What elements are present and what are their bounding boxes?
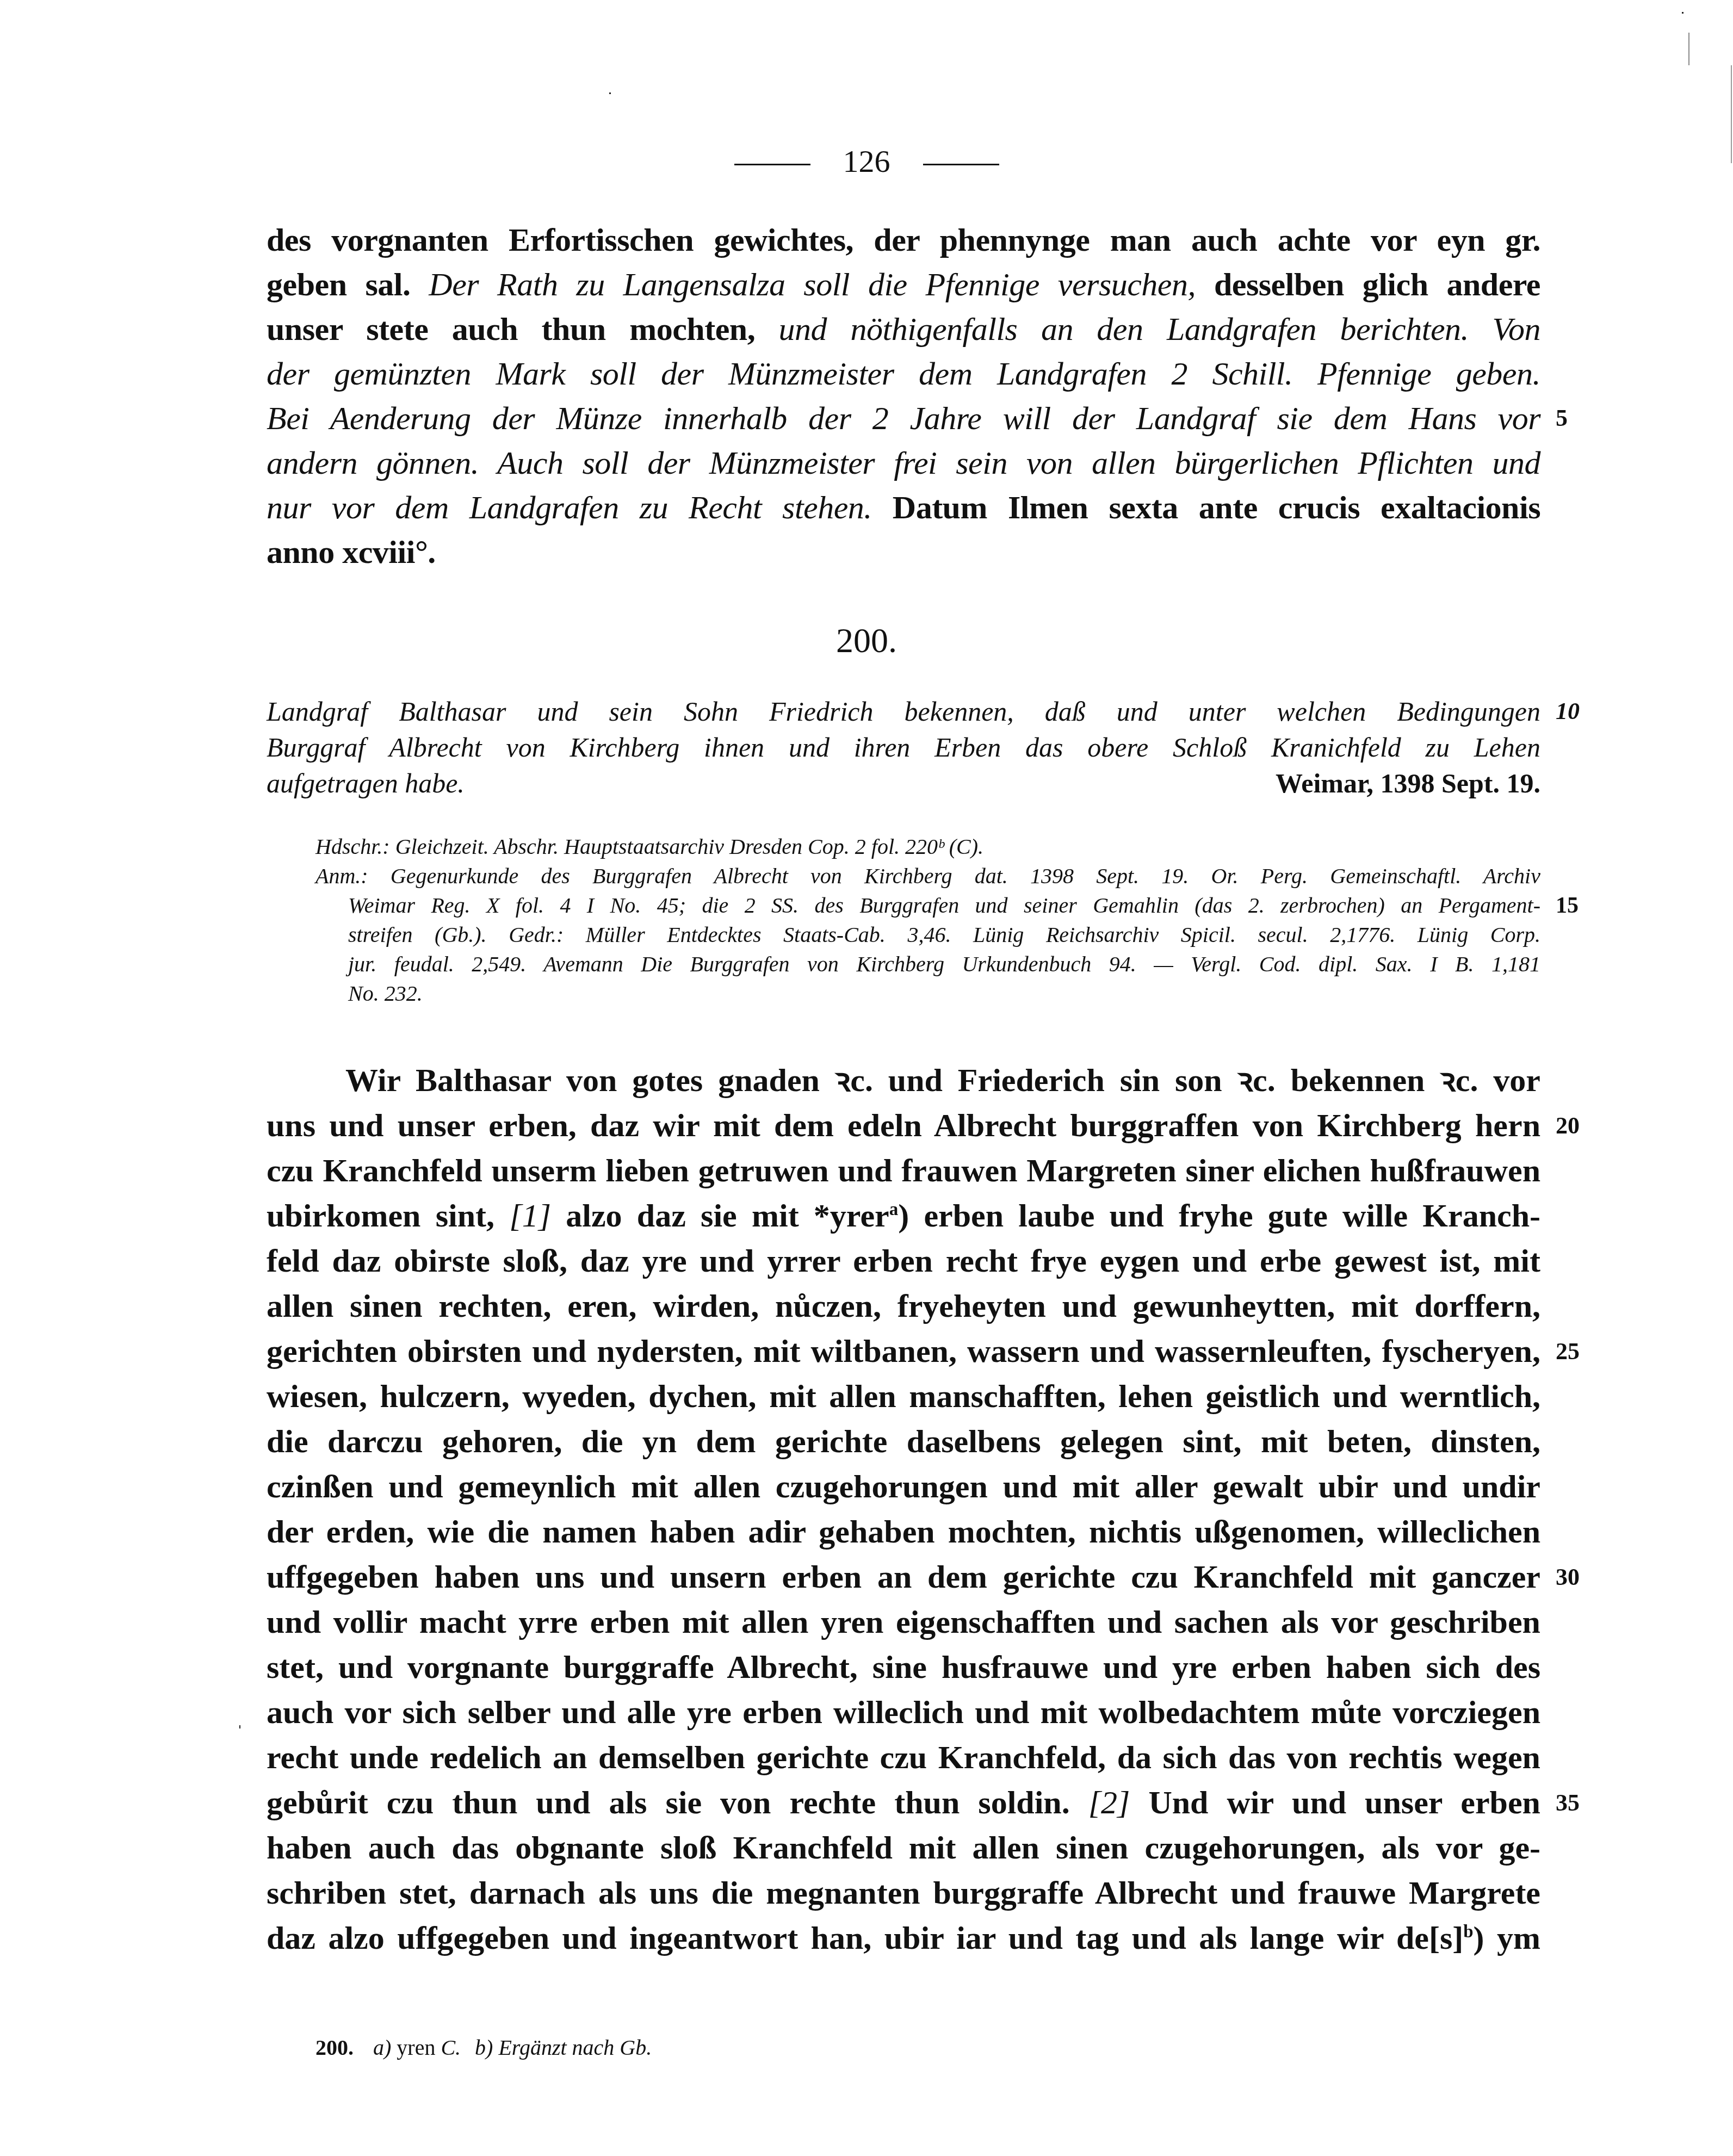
text-segment: des vorgnanten Erfortisschen gewichtes, … <box>267 222 1540 258</box>
footnotes: 200. a) yren C.b) Ergänzt nach Gb. <box>315 2034 652 2061</box>
line-text: und vollir macht yrre erben mit allen yr… <box>267 1604 1540 1640</box>
text-segment: gebůrit czu thun und als sie von rechte … <box>267 1785 1088 1820</box>
text-segment: Der Rath zu Langensalza soll die Pfennig… <box>429 267 1196 302</box>
line-text: feld daz obirste sloß, daz yre und yrrer… <box>267 1243 1540 1279</box>
line-text: aufgetragen habe. <box>267 768 465 798</box>
body-line: und vollir macht yrre erben mit allen yr… <box>267 1600 1540 1645</box>
body-line: ubirkomen sint, [1] alzo daz sie mit *yr… <box>267 1193 1540 1238</box>
text-segment: desselben glich andere <box>1196 267 1540 302</box>
document-number-heading: 200. <box>0 619 1733 662</box>
summary-line: Landgraf Balthasar und sein Sohn Friedri… <box>267 693 1540 729</box>
margin-line-number: 15 <box>1556 891 1579 920</box>
summary-line: aufgetragen habe.Weimar, 1398 Sept. 19. <box>267 765 1540 801</box>
body-line: gebůrit czu thun und als sie von rechte … <box>267 1780 1540 1825</box>
note-line: jur. feudal. 2,549. Avemann Die Burggraf… <box>315 950 1540 979</box>
body-line: Wir Balthasar von gotes gnaden ꝛc. und F… <box>267 1058 1540 1103</box>
text-segment: ) erben laube und fryhe gute wille Kranc… <box>898 1198 1540 1234</box>
margin-line-number: 5 <box>1556 396 1568 441</box>
note-line: No. 232. <box>315 979 1540 1008</box>
text-segment: [1] <box>509 1198 551 1234</box>
scan-speck <box>239 1725 240 1728</box>
text-segment: [2] <box>1088 1785 1130 1820</box>
document-summary: Landgraf Balthasar und sein Sohn Friedri… <box>267 693 1540 801</box>
text-segment: der gemünzten Mark soll der Münzmeister … <box>267 356 1540 392</box>
line-text: die darczu gehoren, die yn dem gerichte … <box>267 1423 1540 1459</box>
footnote-marker: b <box>1463 1922 1473 1942</box>
text-segment: unser stete auch thun mochten, <box>267 311 779 347</box>
text-segment: Datum Ilmen sexta ante crucis exaltacion… <box>872 490 1540 525</box>
line-text: stet, und vorgnante burggraffe Albrecht,… <box>267 1649 1540 1685</box>
margin-line-number: 30 <box>1556 1554 1580 1600</box>
line-text: wiesen, hulczern, wyeden, dychen, mit al… <box>267 1378 1540 1414</box>
continuation-line: Bei Aenderung der Münze innerhalb der 2 … <box>267 396 1540 441</box>
document-date: Weimar, 1398 Sept. 19. <box>1276 765 1540 801</box>
line-text: schriben stet, darnach als uns die megna… <box>267 1875 1540 1911</box>
footnote-item: b) Ergänzt nach Gb. <box>475 2035 652 2060</box>
footnote-label: a) <box>373 2035 391 2060</box>
note-line: streifen (Gb.). Gedr.: Müller Entdecktes… <box>315 920 1540 950</box>
line-text: No. 232. <box>348 981 423 1006</box>
text-segment: Bei Aenderung der Münze innerhalb der 2 … <box>267 400 1540 436</box>
continuation-line: geben sal. Der Rath zu Langensalza soll … <box>267 262 1540 307</box>
scan-edge <box>1731 65 1732 163</box>
line-text: auch vor sich selber und alle yre erben … <box>267 1694 1540 1730</box>
body-line: recht unde redelich an demselben gericht… <box>267 1735 1540 1780</box>
line-text: allen sinen rechten, eren, wirden, nůcze… <box>267 1288 1540 1324</box>
source-notes: Hdschr.: Gleichzeit. Abschr. Hauptstaats… <box>315 832 1540 1008</box>
line-text: Anm.: Gegenurkunde des Burggrafen Albrec… <box>315 864 1540 888</box>
footnote-text: Ergänzt nach Gb. <box>493 2035 652 2060</box>
body-line: daz alzo uffgegeben und ingeantwort han,… <box>267 1916 1540 1961</box>
line-text: czu Kranchfeld unserm lieben getruwen un… <box>267 1153 1540 1188</box>
document-body-text: Wir Balthasar von gotes gnaden ꝛc. und F… <box>267 1058 1540 1961</box>
continuation-line: unser stete auch thun mochten, und nöthi… <box>267 307 1540 351</box>
body-line: stet, und vorgnante burggraffe Albrecht,… <box>267 1645 1540 1690</box>
line-text: gerichten obirsten und nydersten, mit wi… <box>267 1333 1540 1369</box>
text-segment: alzo daz sie mit *yrer <box>551 1198 889 1234</box>
scan-speck <box>1682 12 1684 14</box>
body-line: czu Kranchfeld unserm lieben getruwen un… <box>267 1148 1540 1193</box>
text-segment: andern gönnen. Auch soll der Münzmeister… <box>267 445 1540 481</box>
footnote-document-number: 200. <box>315 2035 354 2060</box>
body-line: allen sinen rechten, eren, wirden, nůcze… <box>267 1284 1540 1329</box>
line-text: Wir Balthasar von gotes gnaden ꝛc. und F… <box>345 1062 1540 1098</box>
continuation-line: der gemünzten Mark soll der Münzmeister … <box>267 351 1540 396</box>
text-segment: Und wir und unser erben <box>1130 1785 1540 1820</box>
continuation-line: des vorgnanten Erfortisschen gewichtes, … <box>267 218 1540 262</box>
text-segment: daz alzo uffgegeben und ingeantwort han,… <box>267 1920 1463 1956</box>
continuation-line: nur vor dem Landgrafen zu Recht stehen. … <box>267 485 1540 530</box>
scan-speck <box>609 92 611 94</box>
note-line: Hdschr.: Gleichzeit. Abschr. Hauptstaats… <box>315 832 1540 862</box>
body-line: uns und unser erben, daz wir mit dem ede… <box>267 1103 1540 1148</box>
document-page: 126 des vorgnanten Erfortisschen gewicht… <box>0 0 1733 2156</box>
text-segment: ubirkomen sint, <box>267 1198 509 1234</box>
margin-line-number: 10 <box>1556 693 1580 729</box>
body-line: schriben stet, darnach als uns die megna… <box>267 1870 1540 1916</box>
continuation-line: anno xcviii°. <box>267 530 1540 574</box>
text-segment: geben sal. <box>267 267 429 302</box>
note-line: Weimar Reg. X fol. 4 I No. 45; die 2 SS.… <box>315 891 1540 920</box>
header-rule-right <box>923 164 999 165</box>
header-rule-left <box>734 164 810 165</box>
body-line: feld daz obirste sloß, daz yre und yrrer… <box>267 1238 1540 1284</box>
body-line: czinßen und gemeynlich mit allen czugeho… <box>267 1464 1540 1509</box>
body-line: die darczu gehoren, die yn dem gerichte … <box>267 1419 1540 1464</box>
summary-line: Burggraf Albrecht von Kirchberg ihnen un… <box>267 729 1540 765</box>
running-head: 126 <box>0 143 1733 181</box>
continuation-line: andern gönnen. Auch soll der Münzmeister… <box>267 441 1540 485</box>
footnote-item: a) yren C. <box>373 2035 461 2060</box>
note-line: Anm.: Gegenurkunde des Burggrafen Albrec… <box>315 862 1540 891</box>
line-text: uns und unser erben, daz wir mit dem ede… <box>267 1107 1540 1143</box>
footnote-source: C. <box>435 2035 461 2060</box>
line-text: Weimar Reg. X fol. 4 I No. 45; die 2 SS.… <box>348 893 1540 918</box>
text-segment: anno xcviii°. <box>267 534 436 570</box>
footnote-label: b) <box>475 2035 493 2060</box>
line-text: recht unde redelich an demselben gericht… <box>267 1739 1540 1775</box>
margin-line-number: 35 <box>1556 1780 1580 1825</box>
text-segment: und nöthigenfalls an den Landgrafen beri… <box>779 311 1540 347</box>
scan-speck <box>1688 33 1689 65</box>
margin-line-number: 25 <box>1556 1329 1580 1374</box>
page-number: 126 <box>843 144 890 179</box>
footnote-marker: a <box>889 1200 899 1219</box>
body-line: haben auch das obgnante sloß Kranchfeld … <box>267 1825 1540 1870</box>
text-segment: nur vor dem Landgrafen zu Recht stehen. <box>267 490 872 525</box>
line-text: streifen (Gb.). Gedr.: Müller Entdecktes… <box>348 922 1540 947</box>
continuation-paragraph: des vorgnanten Erfortisschen gewichtes, … <box>267 218 1540 574</box>
line-text: haben auch das obgnante sloß Kranchfeld … <box>267 1830 1540 1866</box>
body-line: der erden, wie die namen haben adir geha… <box>267 1509 1540 1554</box>
body-line: gerichten obirsten und nydersten, mit wi… <box>267 1329 1540 1374</box>
body-line: wiesen, hulczern, wyeden, dychen, mit al… <box>267 1374 1540 1419</box>
body-line: uffgegeben haben uns und unsern erben an… <box>267 1554 1540 1600</box>
line-text: Burggraf Albrecht von Kirchberg ihnen un… <box>267 732 1540 763</box>
line-text: czinßen und gemeynlich mit allen czugeho… <box>267 1469 1540 1504</box>
line-text: der erden, wie die namen haben adir geha… <box>267 1514 1540 1550</box>
line-text: Landgraf Balthasar und sein Sohn Friedri… <box>267 696 1540 727</box>
line-text: Hdschr.: Gleichzeit. Abschr. Hauptstaats… <box>315 834 983 859</box>
line-text: uffgegeben haben uns und unsern erben an… <box>267 1559 1540 1595</box>
body-line: auch vor sich selber und alle yre erben … <box>267 1690 1540 1735</box>
footnote-text: yren <box>391 2035 435 2060</box>
text-segment: ) ym <box>1474 1920 1540 1956</box>
margin-line-number: 20 <box>1556 1103 1580 1148</box>
line-text: jur. feudal. 2,549. Avemann Die Burggraf… <box>348 952 1540 976</box>
